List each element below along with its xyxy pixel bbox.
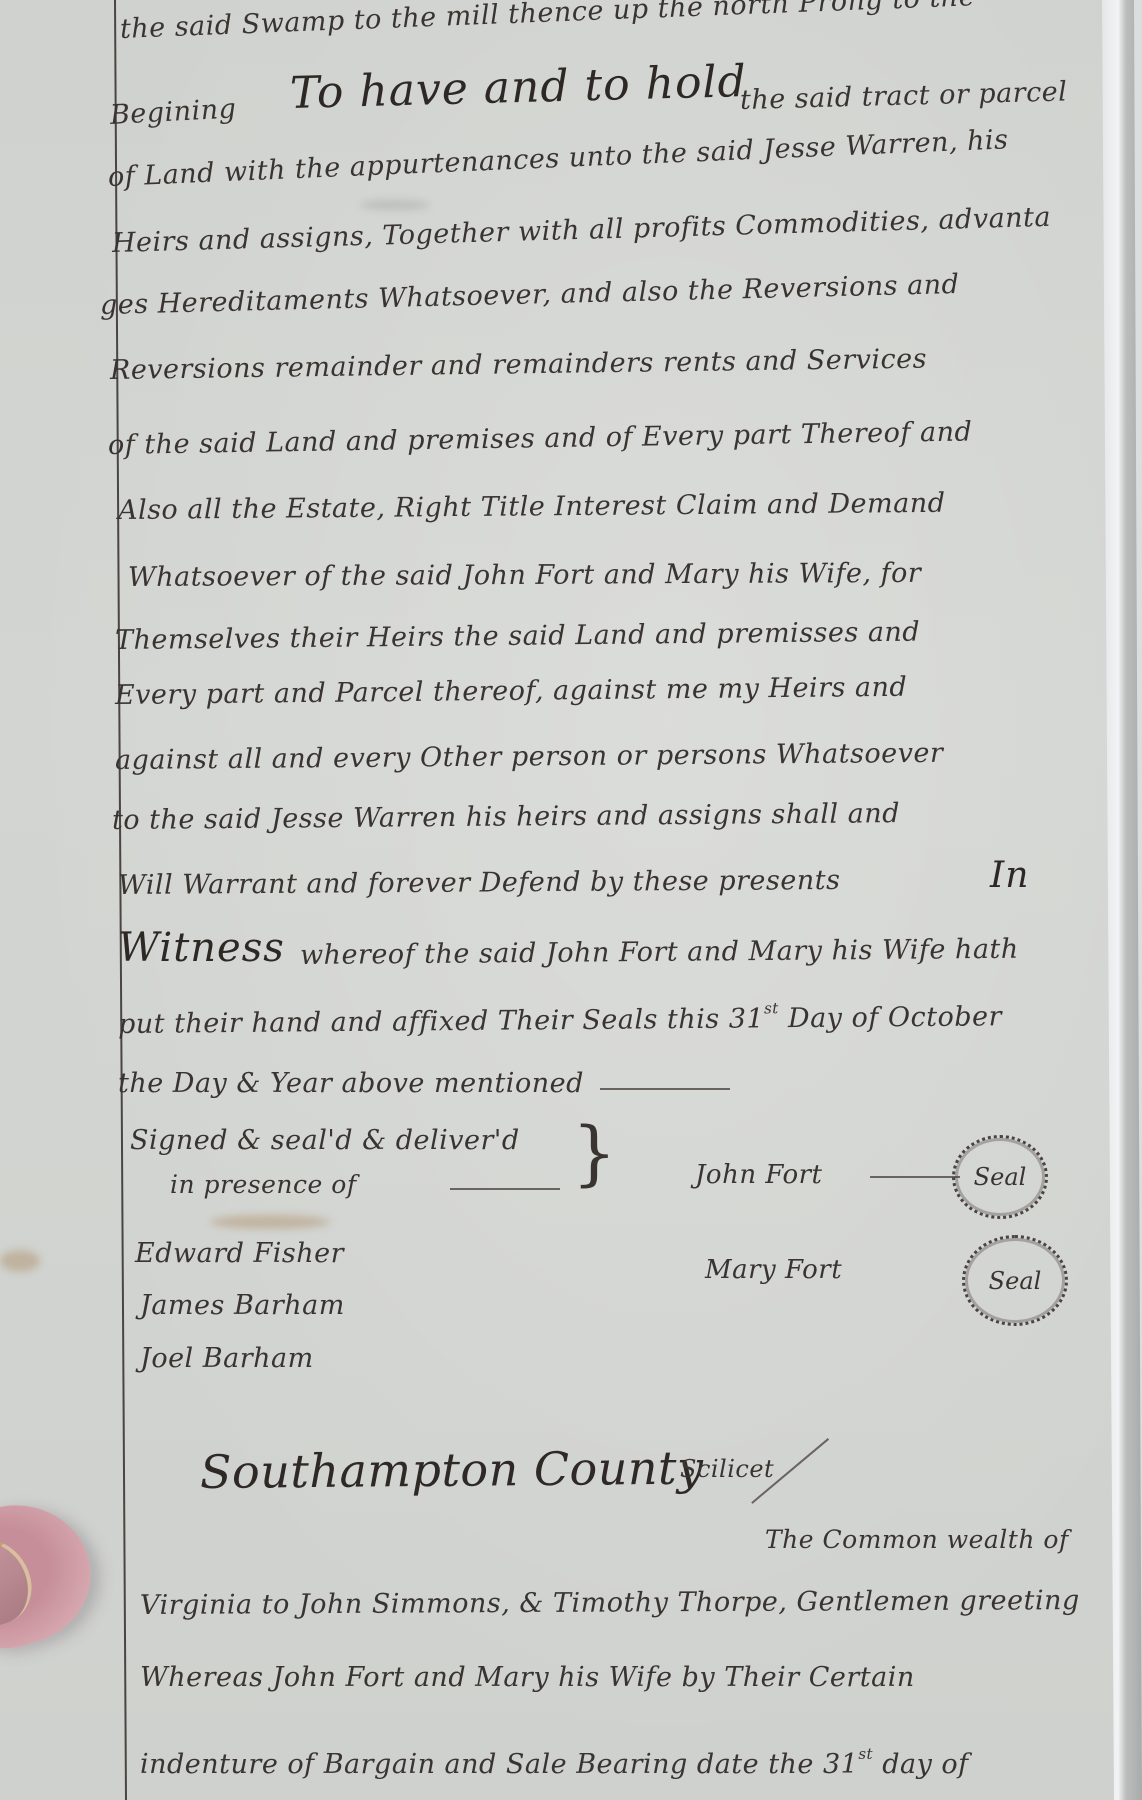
ink-stain [210,1215,330,1229]
commission-line: The Common wealth of [765,1525,1069,1554]
date-suffix: st [764,999,779,1017]
deed-line: Whatsoever of the said John Fort and Mar… [128,558,921,593]
month-text: Day of October [788,1001,1002,1034]
witness-heading: Witness [118,925,285,971]
deed-line: whereof the said John Fort and Mary his … [300,934,1019,971]
attestation-line: in presence of [170,1170,357,1199]
signature-rule [870,1176,960,1178]
margin-stain [0,1250,40,1272]
county-heading: Southampton County [200,1441,704,1499]
smudge [360,200,430,210]
in-witness-word: In [990,855,1029,896]
seal-icon: Seal [952,1135,1048,1219]
commission-text: indenture of Bargain and Sale Bearing da… [140,1749,858,1780]
document-photograph: the said Swamp to the mill thence up the… [0,0,1142,1800]
presence-rule [450,1188,560,1190]
commission-line: Whereas John Fort and Mary his Wife by T… [140,1662,915,1693]
brace: } [572,1118,617,1188]
deed-line: Will Warrant and forever Defend by these… [118,865,841,901]
seal-icon: Seal [962,1235,1068,1326]
witness-name: Joel Barham [140,1343,314,1374]
thumbnail [0,1528,42,1636]
signature-mary-fort: Mary Fort [705,1255,842,1285]
line-filler-rule [600,1088,730,1090]
scilicet: Scilicet [680,1455,774,1483]
signature-john-fort: John Fort [695,1160,822,1190]
witness-name: Edward Fisher [135,1238,344,1269]
commission-text: day of [882,1749,968,1780]
deed-line: the Day & Year above mentioned [118,1068,584,1099]
commission-line: indenture of Bargain and Sale Bearing da… [140,1745,969,1780]
attestation-line: Signed & seal'd & deliver'd [130,1125,520,1156]
commission-line: Virginia to John Simmons, & Timothy Thor… [140,1585,1080,1621]
date-text: put their hand and affixed Their Seals t… [118,1003,764,1040]
deed-line: Begining [109,93,237,131]
witness-name: James Barham [140,1290,345,1321]
date-suffix: st [858,1745,873,1763]
